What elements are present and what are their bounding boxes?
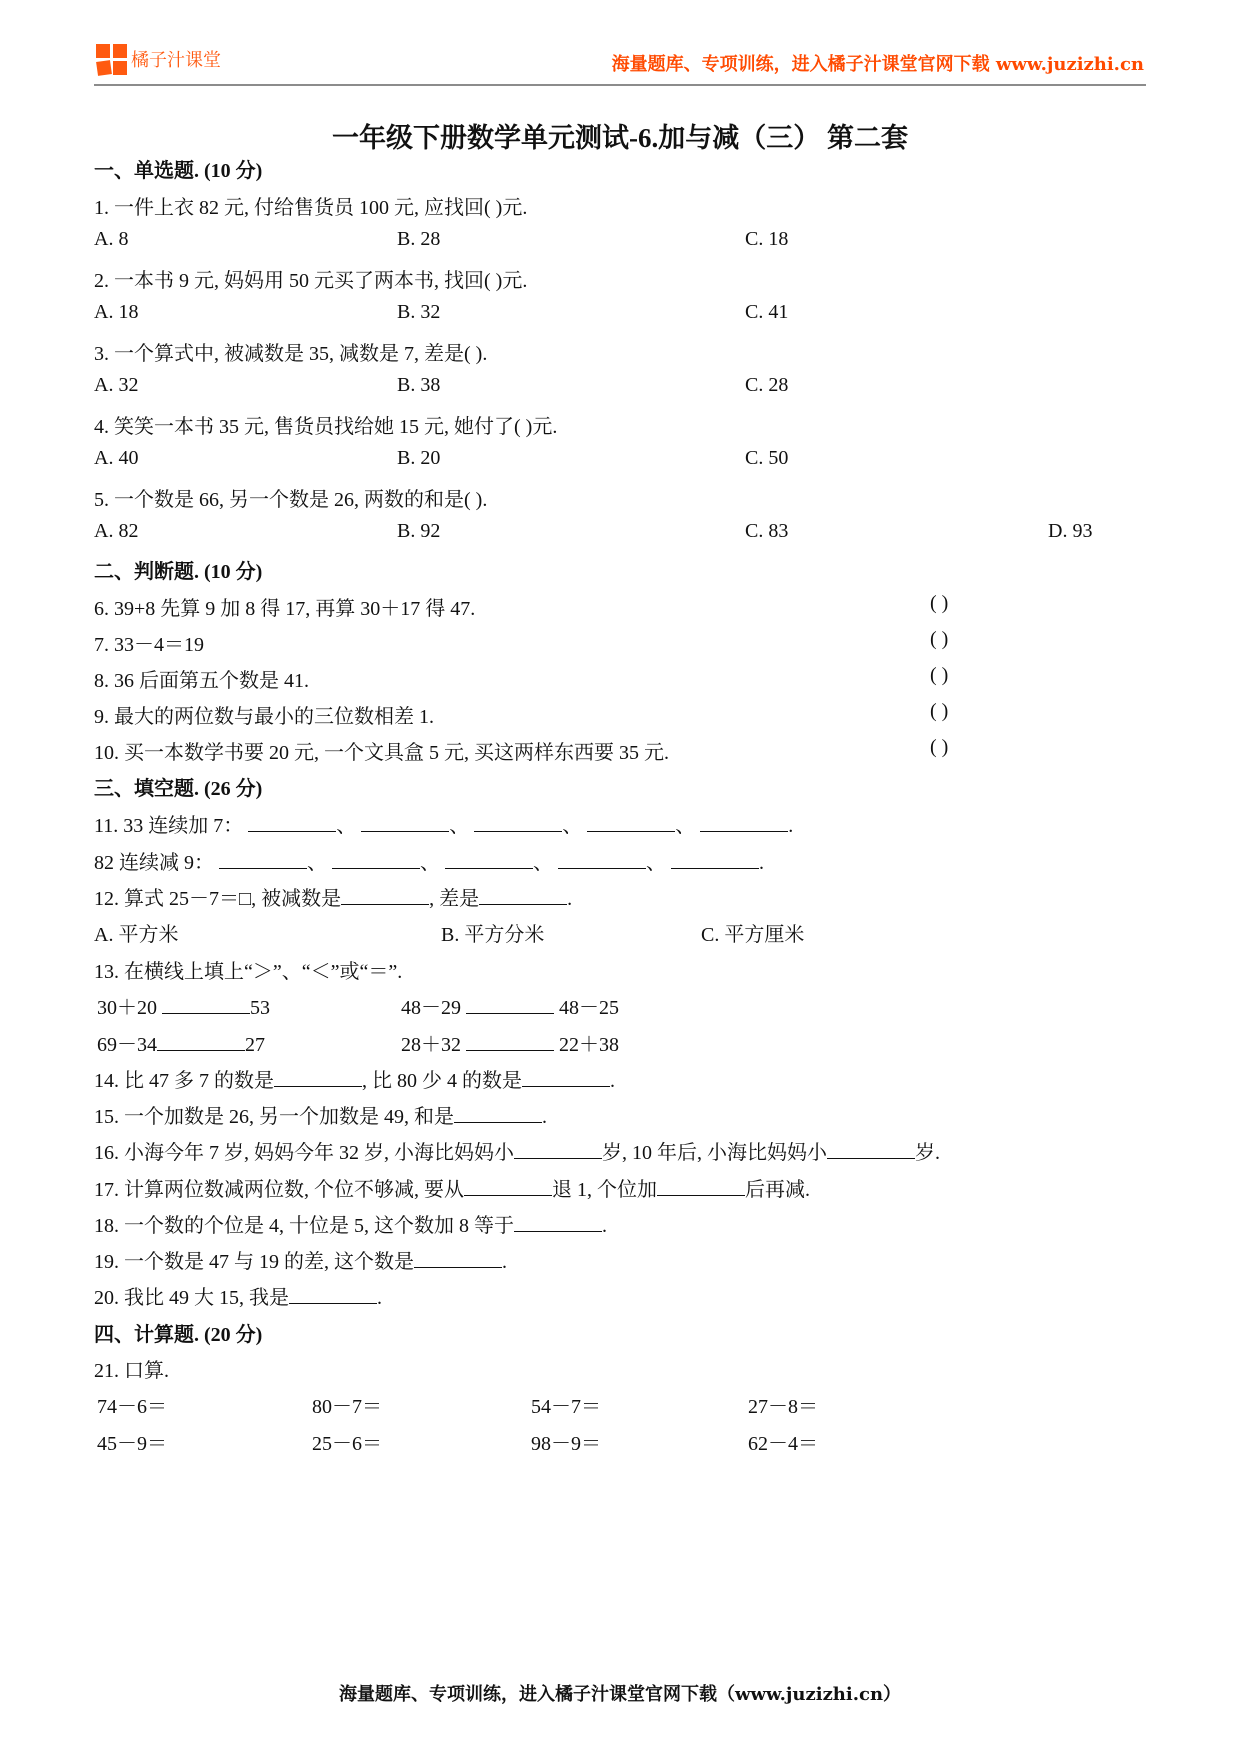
blank[interactable]: [558, 850, 646, 869]
option-12b: B. 平方分米: [441, 918, 544, 947]
calc-item: 45－9＝: [97, 1427, 167, 1456]
blank[interactable]: [157, 1032, 245, 1051]
option-4a: A. 40: [94, 447, 138, 470]
calc-item: 54－7＝: [531, 1390, 601, 1419]
blank[interactable]: [522, 1068, 610, 1087]
blank[interactable]: [514, 1140, 602, 1159]
question-15: 15. 一个加数是 26, 另一个加数是 49, 和是.: [94, 1100, 547, 1129]
blank[interactable]: [445, 850, 533, 869]
option-5a: A. 82: [94, 520, 138, 543]
section-heading-fill-blank: 三、填空题. (26 分): [94, 772, 262, 801]
question-11a: 11. 33 连续加 7： 、 、 、 、 .: [94, 809, 793, 838]
answer-box-10[interactable]: ( ): [930, 736, 948, 759]
question-3: 3. 一个算式中, 被减数是 35, 减数是 7, 差是( ).: [94, 337, 487, 366]
blank[interactable]: [514, 1213, 602, 1232]
blank[interactable]: [332, 850, 420, 869]
answer-box-8[interactable]: ( ): [930, 664, 948, 687]
option-1a: A. 8: [94, 228, 128, 251]
header-slogan: 海量题库、专项训练，进入橘子汁课堂官网下载 www.juzizhi.cn: [612, 50, 1144, 76]
blank[interactable]: [274, 1068, 362, 1087]
blank[interactable]: [466, 1032, 554, 1051]
option-3a: A. 32: [94, 374, 138, 397]
blank[interactable]: [162, 995, 250, 1014]
question-17: 17. 计算两位数减两位数, 个位不够减, 要从退 1, 个位加后再减.: [94, 1173, 810, 1202]
blank[interactable]: [657, 1177, 745, 1196]
question-19: 19. 一个数是 47 与 19 的差, 这个数是.: [94, 1245, 507, 1274]
answer-box-9[interactable]: ( ): [930, 700, 948, 723]
question-2: 2. 一本书 9 元, 妈妈用 50 元买了两本书, 找回( )元.: [94, 264, 527, 293]
blank[interactable]: [464, 1177, 552, 1196]
question-16: 16. 小海今年 7 岁, 妈妈今年 32 岁, 小海比妈妈小岁, 10 年后,…: [94, 1136, 940, 1165]
footer-text: 海量题库、专项训练，进入橘子汁课堂官网下载（www.juzizhi.cn）: [0, 1680, 1240, 1706]
question-14: 14. 比 47 多 7 的数是, 比 80 少 4 的数是.: [94, 1064, 615, 1093]
question-5: 5. 一个数是 66, 另一个数是 26, 两数的和是( ).: [94, 483, 487, 512]
question-11b-text: 82 连续减 9：: [94, 852, 214, 874]
section-heading-single-choice: 一、单选题. (10 分): [94, 154, 262, 183]
blank[interactable]: [671, 850, 759, 869]
question-20: 20. 我比 49 大 15, 我是.: [94, 1281, 382, 1310]
option-1c: C. 18: [745, 228, 788, 251]
option-2b: B. 32: [397, 301, 440, 324]
calc-item: 74－6＝: [97, 1390, 167, 1419]
compare-row: 30＋20 53: [97, 991, 270, 1020]
compare-row: 28＋32 22＋38: [401, 1028, 619, 1057]
question-1: 1. 一件上衣 82 元, 付给售货员 100 元, 应找回( )元.: [94, 191, 527, 220]
option-2c: C. 41: [745, 301, 788, 324]
logo-icon: [96, 44, 128, 76]
answer-box-6[interactable]: ( ): [930, 592, 948, 615]
blank[interactable]: [474, 813, 562, 832]
blank[interactable]: [700, 813, 788, 832]
calc-item: 98－9＝: [531, 1427, 601, 1456]
option-12c: C. 平方厘米: [701, 918, 804, 947]
option-5d: D. 93: [1048, 520, 1092, 543]
answer-box-7[interactable]: ( ): [930, 628, 948, 651]
calc-item: 25－6＝: [312, 1427, 382, 1456]
blank[interactable]: [341, 886, 429, 905]
page-title: 一年级下册数学单元测试-6.加与减（三） 第二套: [0, 116, 1240, 155]
question-21: 21. 口算.: [94, 1354, 169, 1383]
question-10: 10. 买一本数学书要 20 元, 一个文具盒 5 元, 买这两样东西要 35 …: [94, 736, 669, 765]
calc-item: 62－4＝: [748, 1427, 818, 1456]
brand-name: 橘子汁课堂: [131, 46, 221, 72]
blank[interactable]: [414, 1249, 502, 1268]
question-11a-text: 11. 33 连续加 7：: [94, 815, 243, 837]
blank[interactable]: [248, 813, 336, 832]
calc-item: 27－8＝: [748, 1390, 818, 1419]
option-3c: C. 28: [745, 374, 788, 397]
question-12: 12. 算式 25－7＝□, 被减数是, 差是.: [94, 882, 572, 911]
question-6: 6. 39+8 先算 9 加 8 得 17, 再算 30＋17 得 47.: [94, 592, 475, 621]
option-1b: B. 28: [397, 228, 440, 251]
option-3b: B. 38: [397, 374, 440, 397]
section-heading-true-false: 二、判断题. (10 分): [94, 555, 262, 584]
option-2a: A. 18: [94, 301, 138, 324]
blank[interactable]: [289, 1285, 377, 1304]
section-heading-calculation: 四、计算题. (20 分): [94, 1318, 262, 1347]
option-5c: C. 83: [745, 520, 788, 543]
blank[interactable]: [454, 1104, 542, 1123]
option-5b: B. 92: [397, 520, 440, 543]
compare-row: 69－3427: [97, 1028, 265, 1057]
calc-item: 80－7＝: [312, 1390, 382, 1419]
question-9: 9. 最大的两位数与最小的三位数相差 1.: [94, 700, 434, 729]
blank[interactable]: [827, 1140, 915, 1159]
question-8: 8. 36 后面第五个数是 41.: [94, 664, 309, 693]
blank[interactable]: [479, 886, 567, 905]
blank[interactable]: [466, 995, 554, 1014]
option-4c: C. 50: [745, 447, 788, 470]
option-12a: A. 平方米: [94, 918, 178, 947]
blank[interactable]: [219, 850, 307, 869]
question-11b: 82 连续减 9： 、 、 、 、 .: [94, 846, 764, 875]
compare-row: 48－29 48－25: [401, 991, 619, 1020]
question-4: 4. 笑笑一本书 35 元, 售货员找给她 15 元, 她付了( )元.: [94, 410, 557, 439]
question-18: 18. 一个数的个位是 4, 十位是 5, 这个数加 8 等于.: [94, 1209, 607, 1238]
blank[interactable]: [587, 813, 675, 832]
question-13: 13. 在横线上填上“＞”、“＜”或“＝”.: [94, 955, 402, 984]
header-divider: [94, 84, 1146, 86]
question-7: 7. 33－4＝19: [94, 628, 204, 657]
blank[interactable]: [361, 813, 449, 832]
option-4b: B. 20: [397, 447, 440, 470]
